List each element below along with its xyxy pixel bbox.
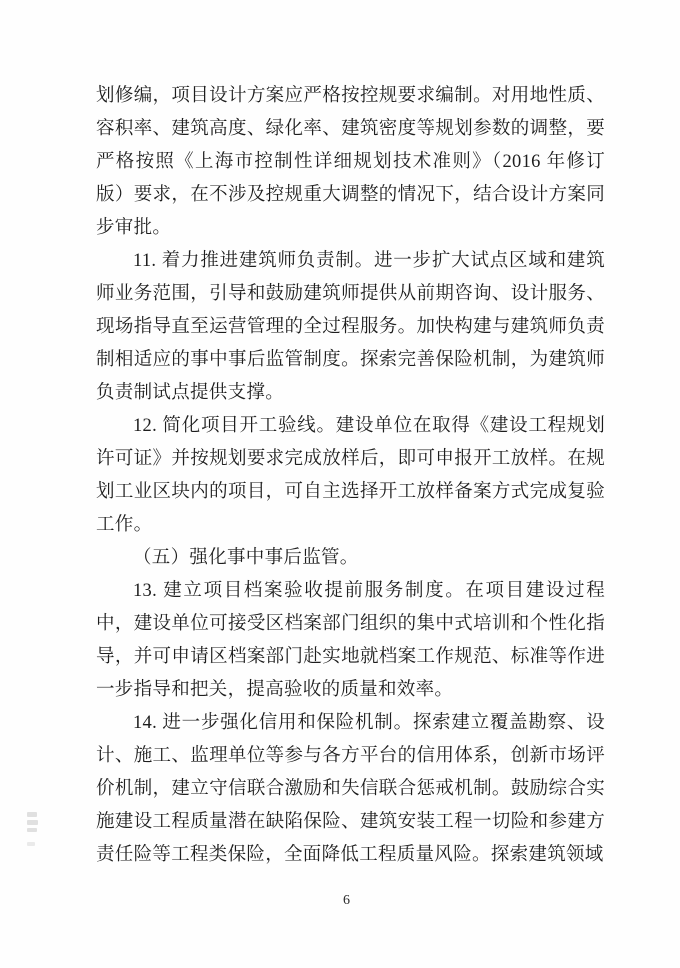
paragraph-item-13: 13. 建立项目档案验收提前服务制度。在项目建设过程中，建设单位可接受区档案部门…: [96, 575, 605, 707]
document-page: 划修编，项目设计方案应严格按控规要求编制。对用地性质、容积率、建筑高度、绿化率、…: [0, 0, 680, 968]
section-heading-5: （五）强化事中事后监管。: [96, 542, 605, 575]
document-body: 划修编，项目设计方案应严格按控规要求编制。对用地性质、容积率、建筑高度、绿化率、…: [96, 80, 605, 872]
paragraph-item-11: 11. 着力推进建筑师负责制。进一步扩大试点区域和建筑师业务范围，引导和鼓励建筑…: [96, 245, 605, 410]
page-number: 6: [0, 893, 680, 909]
paragraph-continuation: 划修编，项目设计方案应严格按控规要求编制。对用地性质、容积率、建筑高度、绿化率、…: [96, 80, 605, 245]
scan-artifact: [27, 842, 35, 846]
scan-artifact: [27, 812, 37, 817]
paragraph-item-12: 12. 简化项目开工验线。建设单位在取得《建设工程规划许可证》并按规划要求完成放…: [96, 410, 605, 542]
paragraph-item-14: 14. 进一步强化信用和保险机制。探索建立覆盖勘察、设计、施工、监理单位等参与各…: [96, 707, 605, 872]
scan-artifact: [27, 820, 38, 825]
scan-artifact: [27, 828, 37, 832]
